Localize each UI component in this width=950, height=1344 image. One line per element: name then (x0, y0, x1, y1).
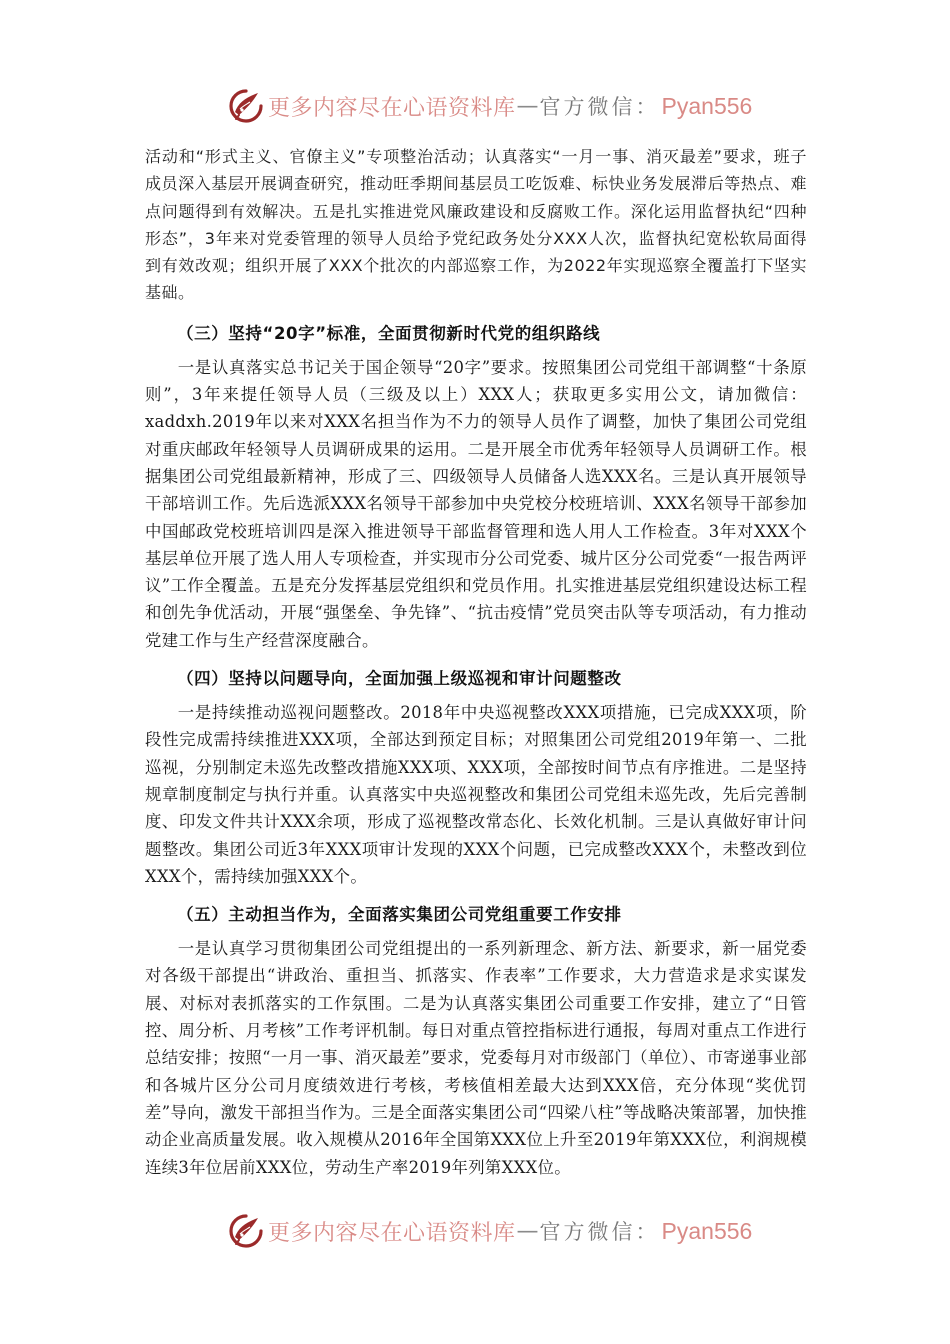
paragraph-section-5: 一是认真学习贯彻集团公司党组提出的一系列新理念、新方法、新要求，新一届党委对各级… (145, 935, 807, 1181)
watermark-official-label: 官方微信： (540, 1216, 660, 1246)
watermark-main-text: 更多内容尽在心语资料库 (268, 91, 516, 122)
watermark-dash: — (517, 94, 539, 119)
section-heading-5: （五）主动担当作为，全面落实集团公司党组重要工作安排 (145, 901, 807, 928)
paragraph-section-4: 一是持续推动巡视问题整改。2018年中央巡视整改XXX项措施，已完成XXX项，阶… (145, 699, 807, 890)
quill-pen-circle-icon (228, 1213, 264, 1249)
document-body: 活动和“形式主义、官僚主义”专项整治活动；认真落实“一月一事、消灭最差”要求，班… (145, 143, 807, 1181)
watermark-main-text: 更多内容尽在心语资料库 (268, 1216, 516, 1247)
watermark-dash: — (517, 1219, 539, 1244)
quill-pen-circle-icon (228, 88, 264, 124)
footer-watermark: 更多内容尽在心语资料库 — 官方微信： Pyan556 (228, 1211, 752, 1251)
watermark-wechat-id: Pyan556 (662, 93, 753, 120)
watermark-wechat-id: Pyan556 (662, 1218, 753, 1245)
section-heading-4: （四）坚持以问题导向，全面加强上级巡视和审计问题整改 (145, 665, 807, 692)
section-heading-3: （三）坚持“20字”标准，全面贯彻新时代党的组织路线 (145, 320, 807, 347)
header-watermark: 更多内容尽在心语资料库 — 官方微信： Pyan556 (228, 86, 752, 126)
paragraph-section-3: 一是认真落实总书记关于国企领导“20字”要求。按照集团公司党组干部调整“十条原则… (145, 354, 807, 654)
watermark-official-label: 官方微信： (540, 91, 660, 121)
paragraph-continuation: 活动和“形式主义、官僚主义”专项整治活动；认真落实“一月一事、消灭最差”要求，班… (145, 143, 807, 307)
